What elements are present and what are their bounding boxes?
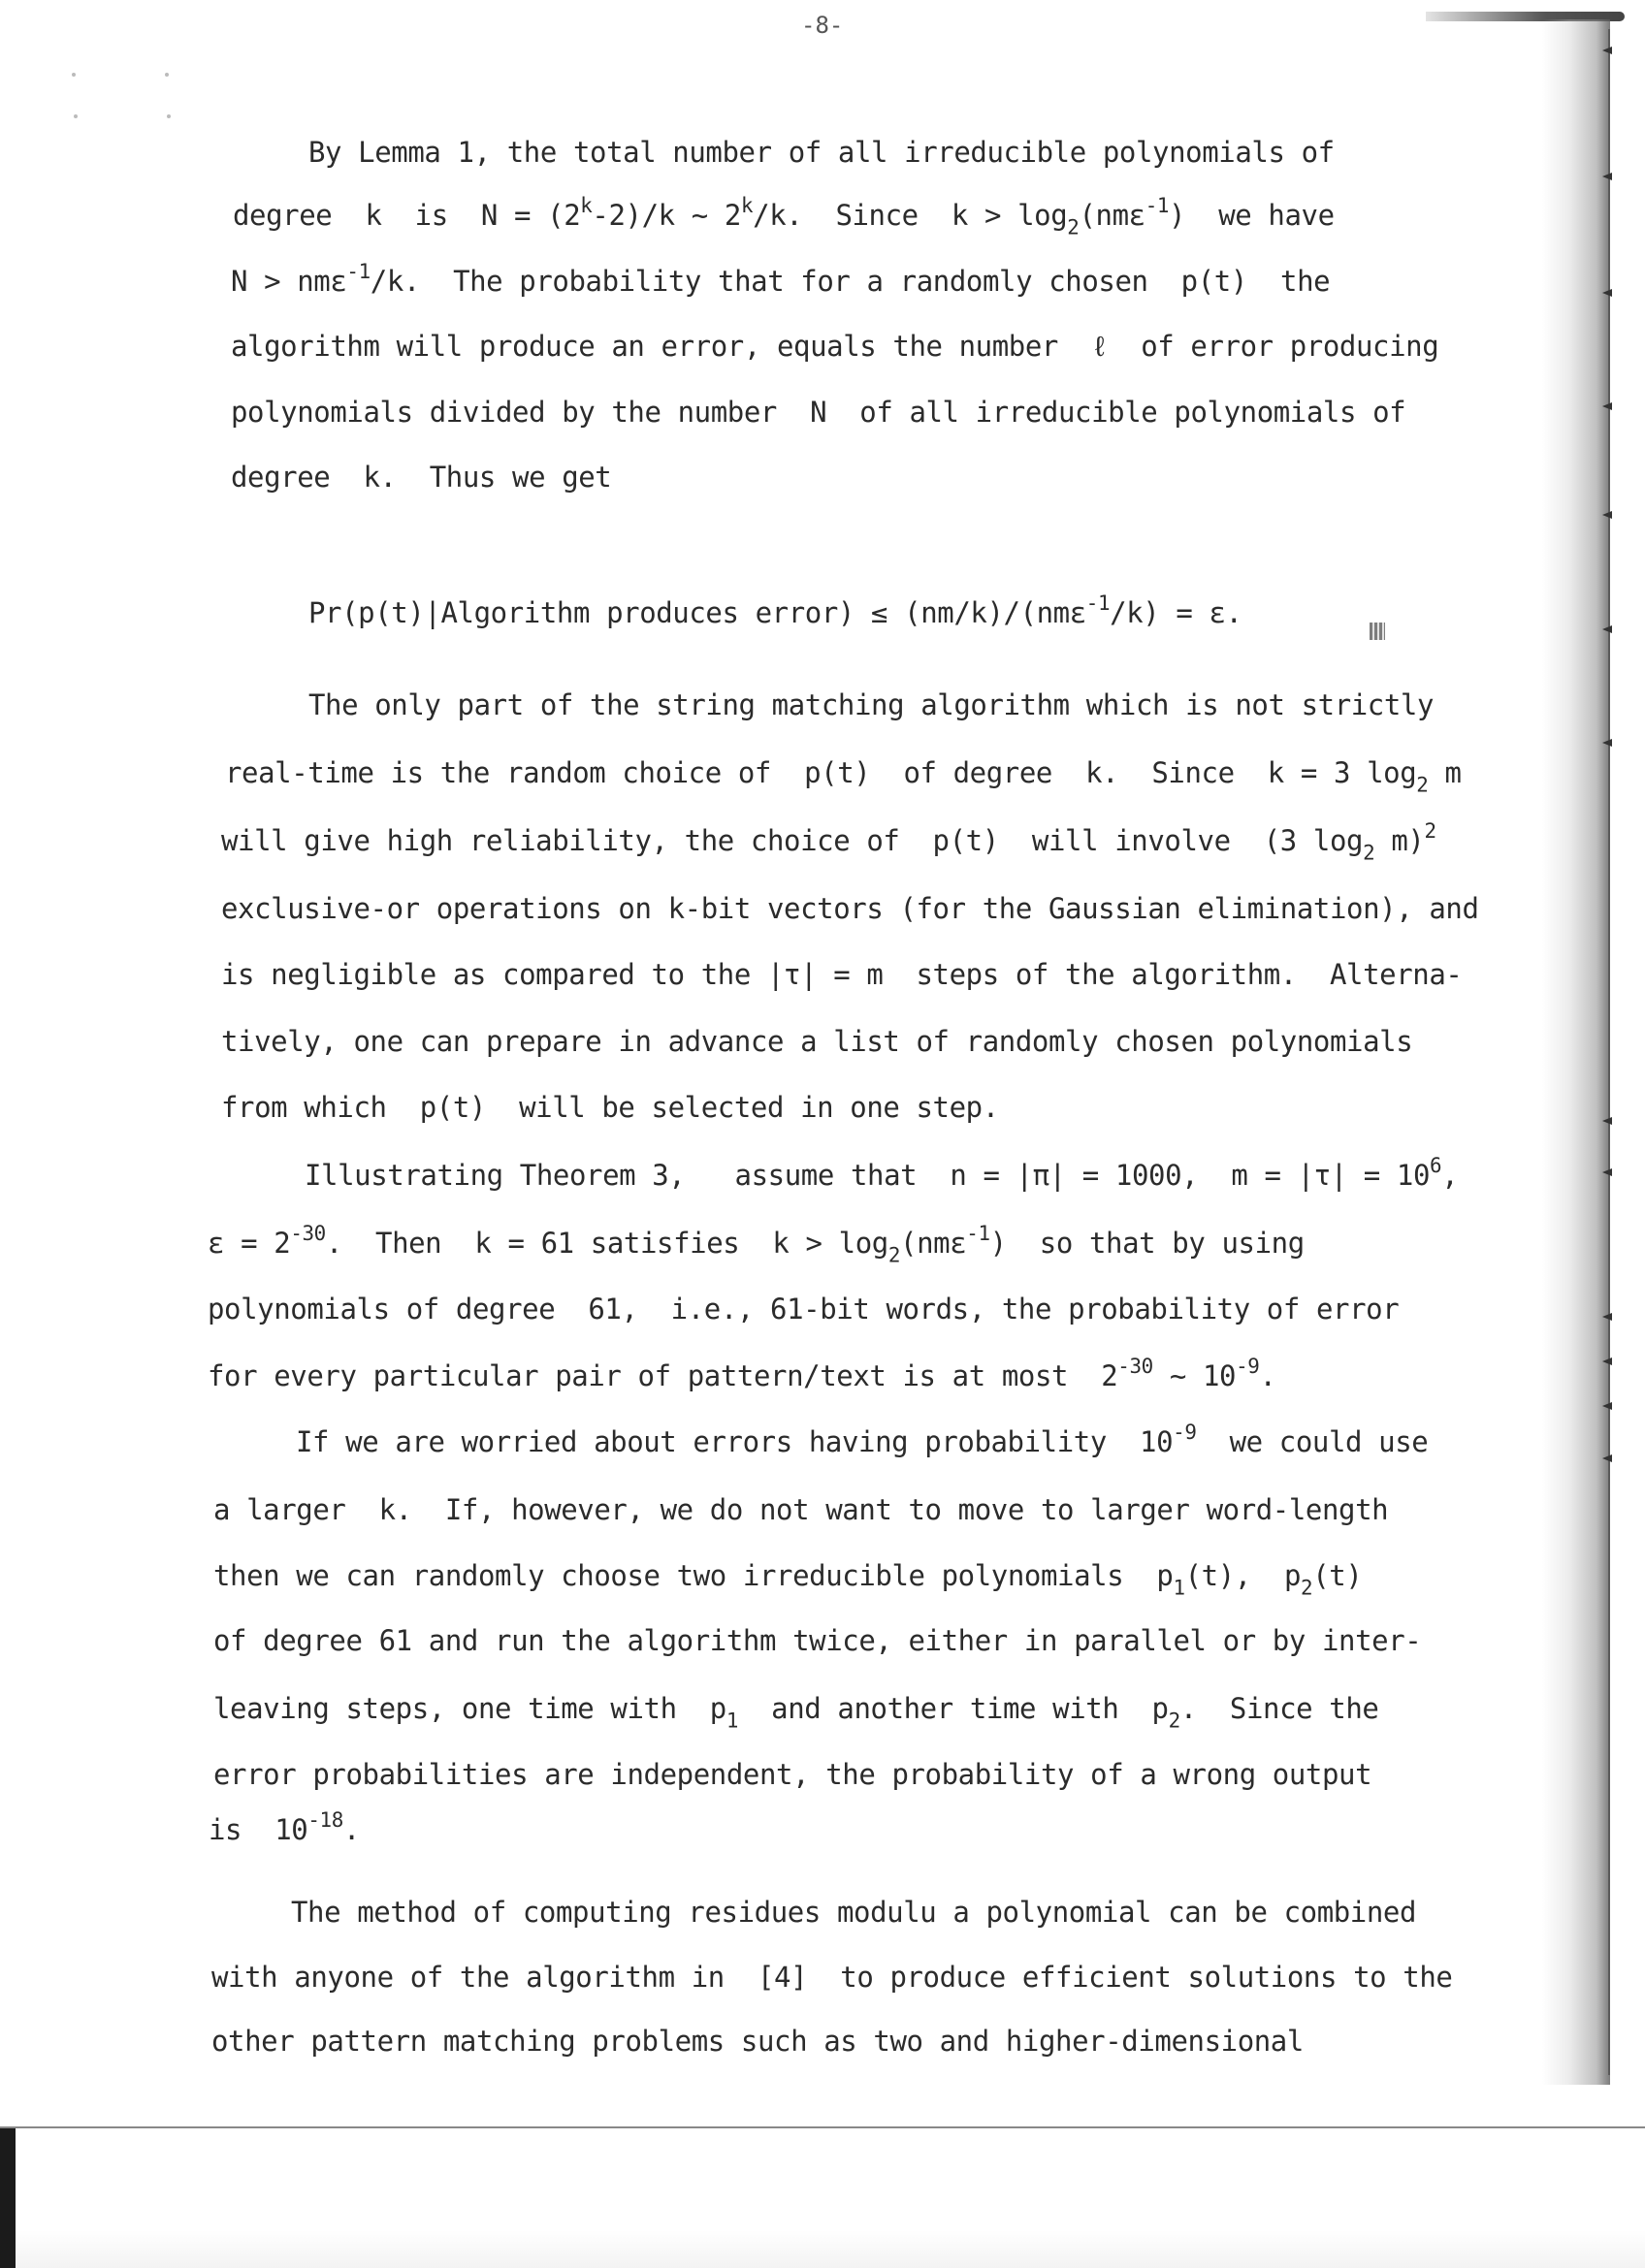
text-line: then we can randomly choose two irreduci… [213,1559,1362,1592]
text-line: Illustrating Theorem 3, assume that n = … [305,1159,1458,1192]
scan-bottom-fade [16,2230,1645,2268]
display-equation: Pr(p(t)|Algorithm produces error) ≤ (nm/… [308,596,1242,629]
text-line: ε = 2-30. Then k = 61 satisfies k > log2… [208,1227,1305,1260]
text-line: degree k. Thus we get [231,461,611,494]
end-of-proof-mark [1370,623,1385,640]
text-line: other pattern matching problems such as … [211,2025,1304,2058]
scan-speck [167,114,171,118]
text-line: The method of computing residues modulu … [291,1896,1416,1929]
text-line: error probabilities are independent, the… [213,1758,1371,1791]
text-line: of degree 61 and run the algorithm twice… [213,1624,1421,1657]
scan-dark-margin [0,2128,16,2268]
text-line: If we are worried about errors having pr… [296,1425,1428,1458]
text-line: with anyone of the algorithm in [4] to p… [211,1961,1452,1994]
text-line: is 10-18. [209,1813,360,1846]
text-line: The only part of the string matching alg… [308,688,1434,721]
text-line: is negligible as compared to the |τ| = m… [221,958,1462,991]
text-line: exclusive-or operations on k-bit vectors… [221,892,1479,925]
text-line: will give high reliability, the choice o… [221,824,1436,857]
text-line: real-time is the random choice of p(t) o… [225,756,1462,789]
scan-speck [165,73,169,77]
text-line: for every particular pair of pattern/tex… [208,1359,1276,1392]
text-line: N > nmε-1/k. The probability that for a … [231,265,1330,298]
scan-speck [72,73,76,77]
scan-speck [74,114,78,118]
text-line: degree k is N = (2k-2)/k ~ 2k/k. Since k… [233,199,1335,232]
text-line: polynomials divided by the number N of a… [231,396,1405,429]
text-line: polynomials of degree 61, i.e., 61-bit w… [208,1293,1399,1326]
binding-shadow [1542,19,1610,2085]
text-line: algorithm will produce an error, equals … [231,330,1438,365]
scan-bottom-edge [0,2126,1645,2128]
text-line: from which p(t) will be selected in one … [221,1091,999,1124]
page-number: -8- [801,12,843,39]
text-line: By Lemma 1, the total number of all irre… [308,136,1335,169]
text-line: leaving steps, one time with p1 and anot… [213,1692,1378,1725]
binding-edge [1608,29,1610,2075]
text-line: a larger k. If, however, we do not want … [213,1493,1388,1526]
text-line: tively, one can prepare in advance a lis… [221,1025,1412,1058]
